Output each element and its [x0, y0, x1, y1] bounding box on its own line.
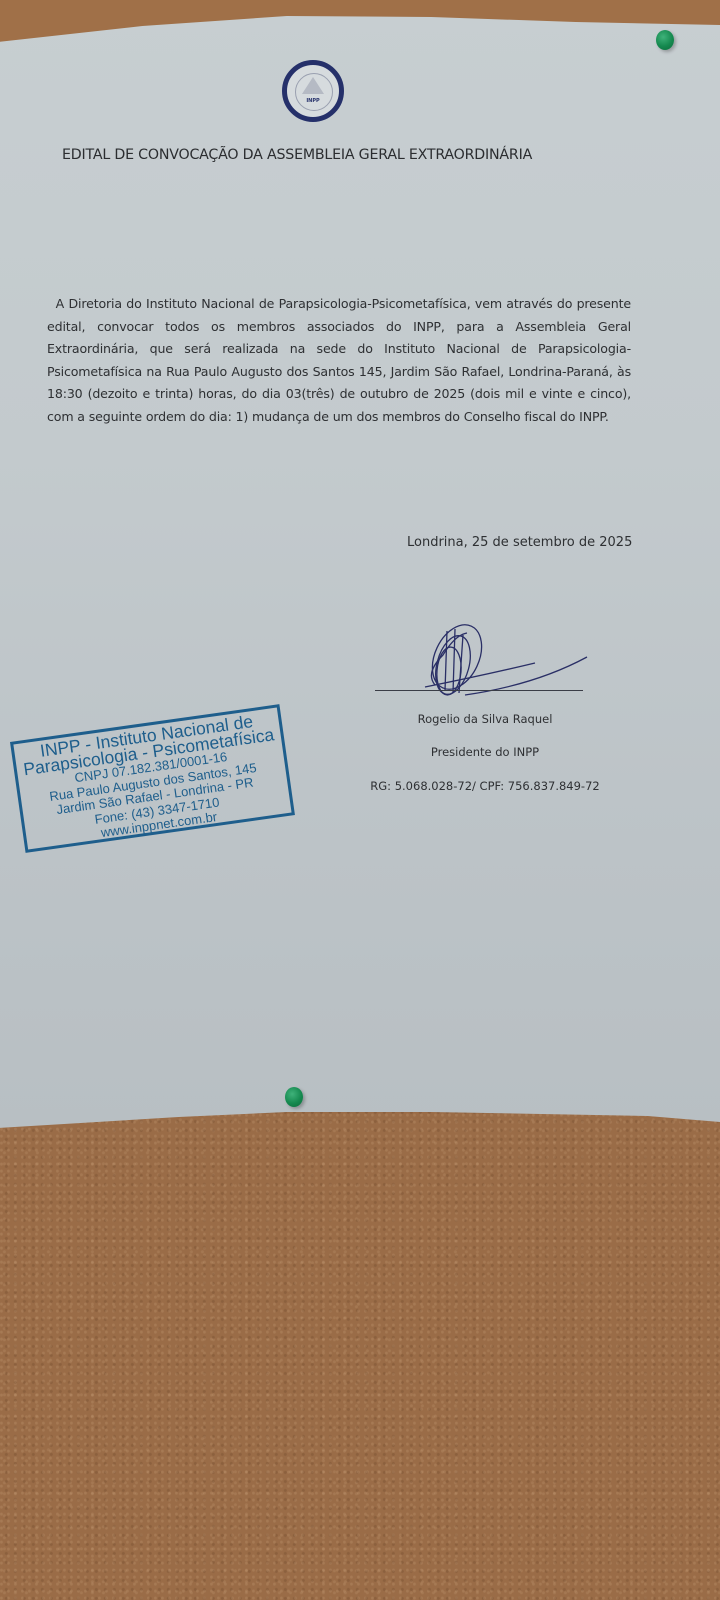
paper-sheet [0, 0, 720, 1130]
seal-label: INPP [287, 98, 339, 104]
signature-line [375, 690, 583, 691]
signature-icon [395, 615, 595, 705]
document-title: EDITAL DE CONVOCAÇÃO DA ASSEMBLEIA GERAL… [62, 147, 622, 163]
signatory-role: Presidente do INPP [340, 745, 630, 759]
place-date: Londrina, 25 de setembro de 2025 [407, 535, 632, 550]
document-body: A Diretoria do Instituto Nacional de Par… [47, 293, 631, 428]
pushpin-icon [285, 1087, 303, 1107]
signatory-name: Rogelio da Silva Raquel [340, 712, 630, 726]
pyramid-icon [302, 77, 324, 94]
body-paragraph: A Diretoria do Instituto Nacional de Par… [47, 296, 631, 424]
signatory-ids: RG: 5.068.028-72/ CPF: 756.837.849-72 [340, 779, 630, 793]
inpp-seal-logo: INPP [282, 60, 344, 122]
pushpin-icon [656, 30, 674, 50]
